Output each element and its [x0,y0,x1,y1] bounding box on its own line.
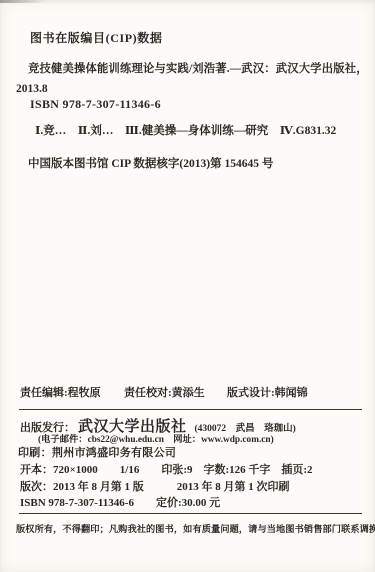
format-specs-line: 开本：720×1000 1/16 印张:9 字数:126 千字 插页:2 [20,464,313,478]
publisher-name: 武汉大学出版社 [78,415,187,436]
cip-heading: 图书在版编目(CIP)数据 [30,31,162,46]
responsible-editor: 责任编辑:程牧原 [20,384,101,400]
publication-year-line: 2013.8 [16,82,48,96]
cip-classification-line: Ⅰ.竞… Ⅱ.刘… Ⅲ.健美操—身体训练—研究 Ⅳ.G831.32 [35,124,336,138]
divider-bottom [19,513,362,514]
divider-top [19,409,362,410]
book-copyright-page: 图书在版编目(CIP)数据 竞技健美操体能训练理论与实践/刘浩著.—武汉：武汉大… [0,0,375,572]
publisher-contact-line: (电子邮件：cbs22@whu.edu.cn 网址：www.wdp.com.cn… [38,435,274,447]
publisher-label: 出版发行： [20,419,75,435]
book-title-line: 竞技健美操体能训练理论与实践/刘浩著.—武汉：武汉大学出版社， [28,62,368,76]
responsible-proofreader: 责任校对:黄添生 [124,384,205,400]
edition-printing-line: 版次：2013 年 8 月第 1 版 2013 年 8 月第 1 次印刷 [20,481,290,495]
printer-line: 印刷：荆州市鸿盛印务有限公司 [18,447,176,461]
publisher-row: 出版发行： 武汉大学出版社 (430072 武昌 珞珈山) [20,415,296,436]
copyright-notice: 版权所有，不得翻印；凡购我社的图书，如有质量问题，请与当地图书销售部门联系调换。 [16,524,375,536]
publisher-address: (430072 武昌 珞珈山) [195,420,296,434]
cip-record-number-line: 中国版本图书馆 CIP 数据核字(2013)第 154645 号 [28,157,273,171]
layout-designer: 版式设计:韩闻锦 [227,384,308,400]
isbn-price-line: ISBN 978-7-307-11346-6 定价:30.00 元 [20,497,220,511]
scan-edge-artifact [0,0,46,3]
isbn-line: ISBN 978-7-307-11346-6 [30,97,161,112]
